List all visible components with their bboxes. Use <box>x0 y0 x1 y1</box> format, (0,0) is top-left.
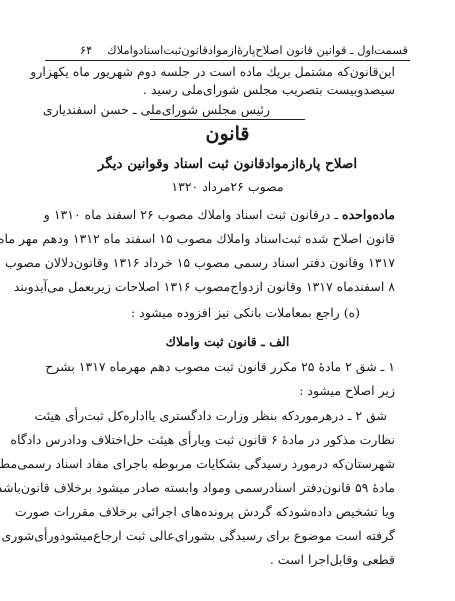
document-page: قسمت‌اول ـ قوانین قانون اصلاح‌پارهٔ‌ازمو… <box>0 0 455 601</box>
single-article-text-1: ـ درقانون ثبت اسناد واملاك مصوب ۲۶ اسفند… <box>44 207 338 222</box>
clause-2-line-6: گرفته است موضوع برای رسیدگی بشورای‌عالی … <box>52 524 395 548</box>
law-heading: قانون <box>0 120 455 148</box>
clause-2-line-5: ویا تشخیص داده‌شودکه گردش پرونده‌های اجر… <box>52 500 395 524</box>
clause-2-line-1: شق ۲ ـ درهرموردکه بنظر وزارت دادگستری یا… <box>52 404 395 428</box>
page-number: ۶۴ <box>80 41 92 59</box>
clause-2-line-7: قطعی وقابل‌اجرا است . <box>270 548 395 572</box>
section-a-heading: الف ـ قانون ثبت واملاك <box>0 330 455 354</box>
clause-2-line-4: مادهٔ ۵۹ قانون‌دفتر اسنادرسمی ومواد وابس… <box>52 476 395 500</box>
single-article-line-3: ۱۳۱۷ وقانون دفتر اسناد رسمی مصوب ۱۵ خردا… <box>52 251 395 275</box>
law-title: اصلاح پارهٔ‌ازموادقانون ثبت اسناد وقوانی… <box>0 152 455 176</box>
single-article-line-5: (ه) راجع بمعاملات بانکی نیز افزوده میشود… <box>131 301 360 325</box>
single-article-line-2: قانون اصلاح شده ثبت‌اسناد واملاك مصوب ۱۵… <box>52 227 395 251</box>
single-article-line-4: ۸ اسفندماه ۱۳۱۷ وقانون ازدواج‌مصوب ۱۳۱۶ … <box>52 275 395 299</box>
running-head: قسمت‌اول ـ قوانین قانون اصلاح‌پارهٔ‌ازمو… <box>45 40 410 61</box>
clause-2-line-2: نظارت مذکور در مادهٔ ۶ قانون ثبت ویارأی … <box>52 428 395 452</box>
single-article-label: ماده‌واحده <box>342 207 395 222</box>
approval-date: مصوب ۲۶مرداد ۱۳۲۰ <box>0 175 455 199</box>
item-1-line-1: ۱ ـ شق ۲ مادهٔ ۲۵ مکرر قانون ثبت مصوب ده… <box>52 355 395 379</box>
clause-2-line-3: شهرستان‌که درمورد رسیدگی بشکایات مربوطه … <box>52 452 395 476</box>
item-1-line-2: زیر اصلاح میشود : <box>299 379 395 403</box>
running-head-title: قسمت‌اول ـ قوانین قانون اصلاح‌پارهٔ‌ازمو… <box>107 41 408 59</box>
single-article-line-1: ماده‌واحده ـ درقانون ثبت اسناد واملاك مص… <box>52 203 395 227</box>
